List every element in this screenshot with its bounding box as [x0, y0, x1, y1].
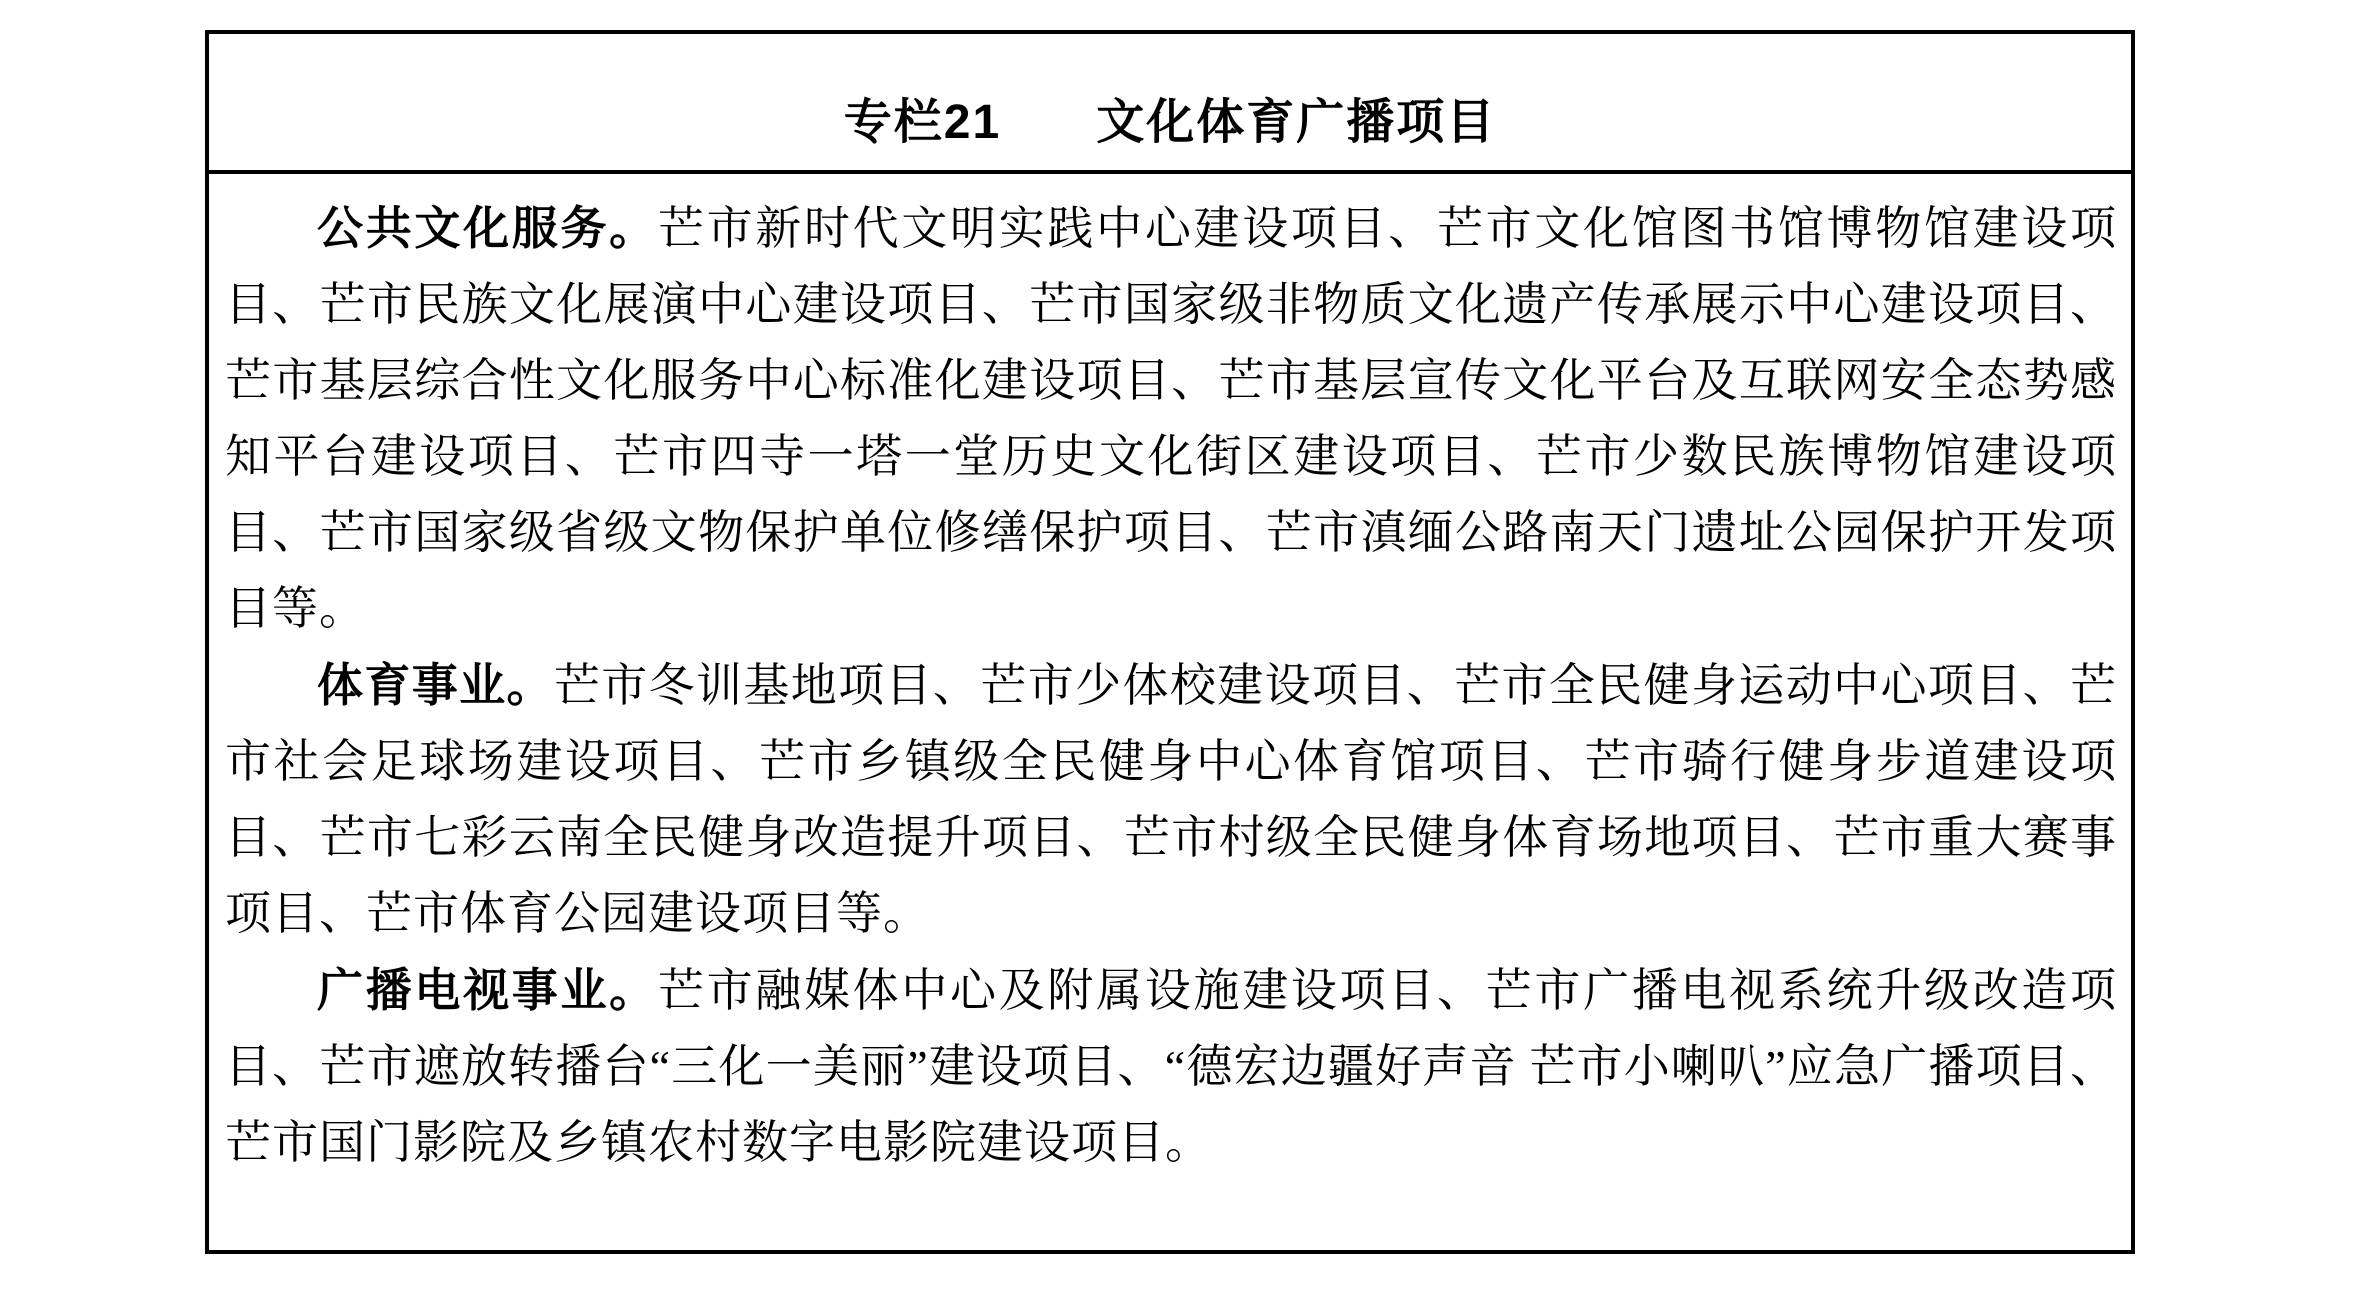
paragraph-sports: 体育事业。芒市冬训基地项目、芒市少体校建设项目、芒市全民健身运动中心项目、芒市社…	[225, 647, 2117, 952]
column-box-body: 公共文化服务。芒市新时代文明实践中心建设项目、芒市文化馆图书馆博物馆建设项目、芒…	[209, 174, 2131, 1181]
column-title: 文化体育广播项目	[1096, 83, 1496, 152]
paragraph-public-culture: 公共文化服务。芒市新时代文明实践中心建设项目、芒市文化馆图书馆博物馆建设项目、芒…	[225, 190, 2117, 647]
paragraph-broadcast: 广播电视事业。芒市融媒体中心及附属设施建设项目、芒市广播电视系统升级改造项目、芒…	[225, 952, 2117, 1181]
column-number-label: 专栏21	[844, 83, 1001, 152]
column-box-header: 专栏21 文化体育广播项目	[209, 34, 2131, 174]
column-box: 专栏21 文化体育广播项目 公共文化服务。芒市新时代文明实践中心建设项目、芒市文…	[205, 30, 2135, 1254]
paragraph-lead: 广播电视事业。	[317, 964, 658, 1016]
paragraph-lead: 体育事业。	[317, 659, 554, 711]
paragraph-text: 芒市新时代文明实践中心建设项目、芒市文化馆图书馆博物馆建设项目、芒市民族文化展演…	[225, 203, 2117, 634]
paragraph-lead: 公共文化服务。	[317, 202, 658, 254]
document-page: { "box": { "title_label": "专栏21", "title…	[0, 0, 2380, 1293]
